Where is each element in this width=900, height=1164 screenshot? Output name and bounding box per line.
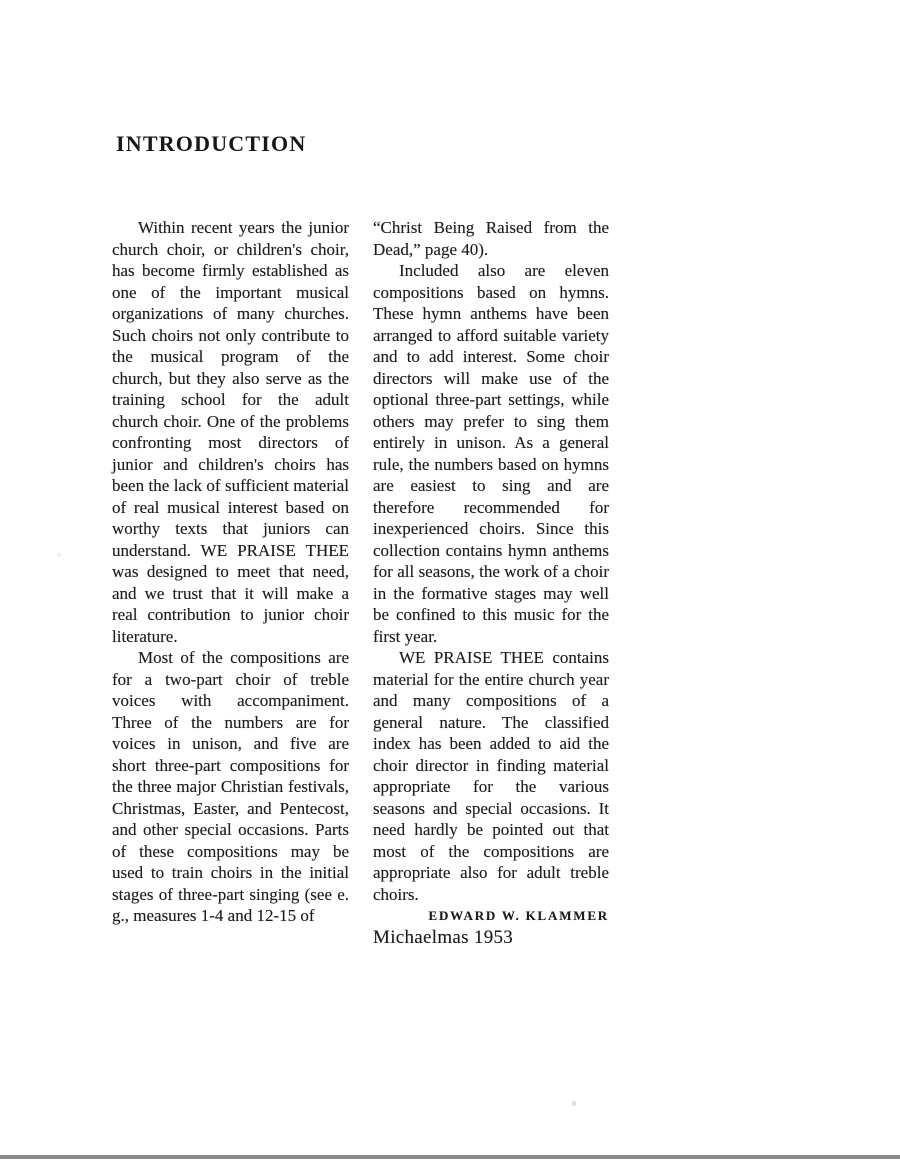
paragraph: Most of the compositions are for a two-p…: [112, 647, 349, 927]
page-title: INTRODUCTION: [116, 131, 306, 157]
scan-artifact-dot: [572, 1101, 576, 1106]
left-column: Within recent years the junior church ch…: [112, 217, 349, 927]
right-column: “Christ Being Raised from the Dead,” pag…: [373, 217, 609, 948]
paragraph-continuation: “Christ Being Raised from the Dead,” pag…: [373, 217, 609, 260]
scan-artifact-line: [0, 1155, 900, 1159]
date-line: Michaelmas 1953: [373, 927, 609, 949]
paragraph: WE PRAISE THEE contains material for the…: [373, 647, 609, 905]
paragraph: Included also are eleven compositions ba…: [373, 260, 609, 647]
scan-artifact-dot: [57, 553, 61, 557]
author-signature: EDWARD W. KLAMMER: [373, 905, 609, 927]
scanned-book-page: INTRODUCTION Within recent years the jun…: [0, 0, 900, 1164]
paragraph: Within recent years the junior church ch…: [112, 217, 349, 647]
